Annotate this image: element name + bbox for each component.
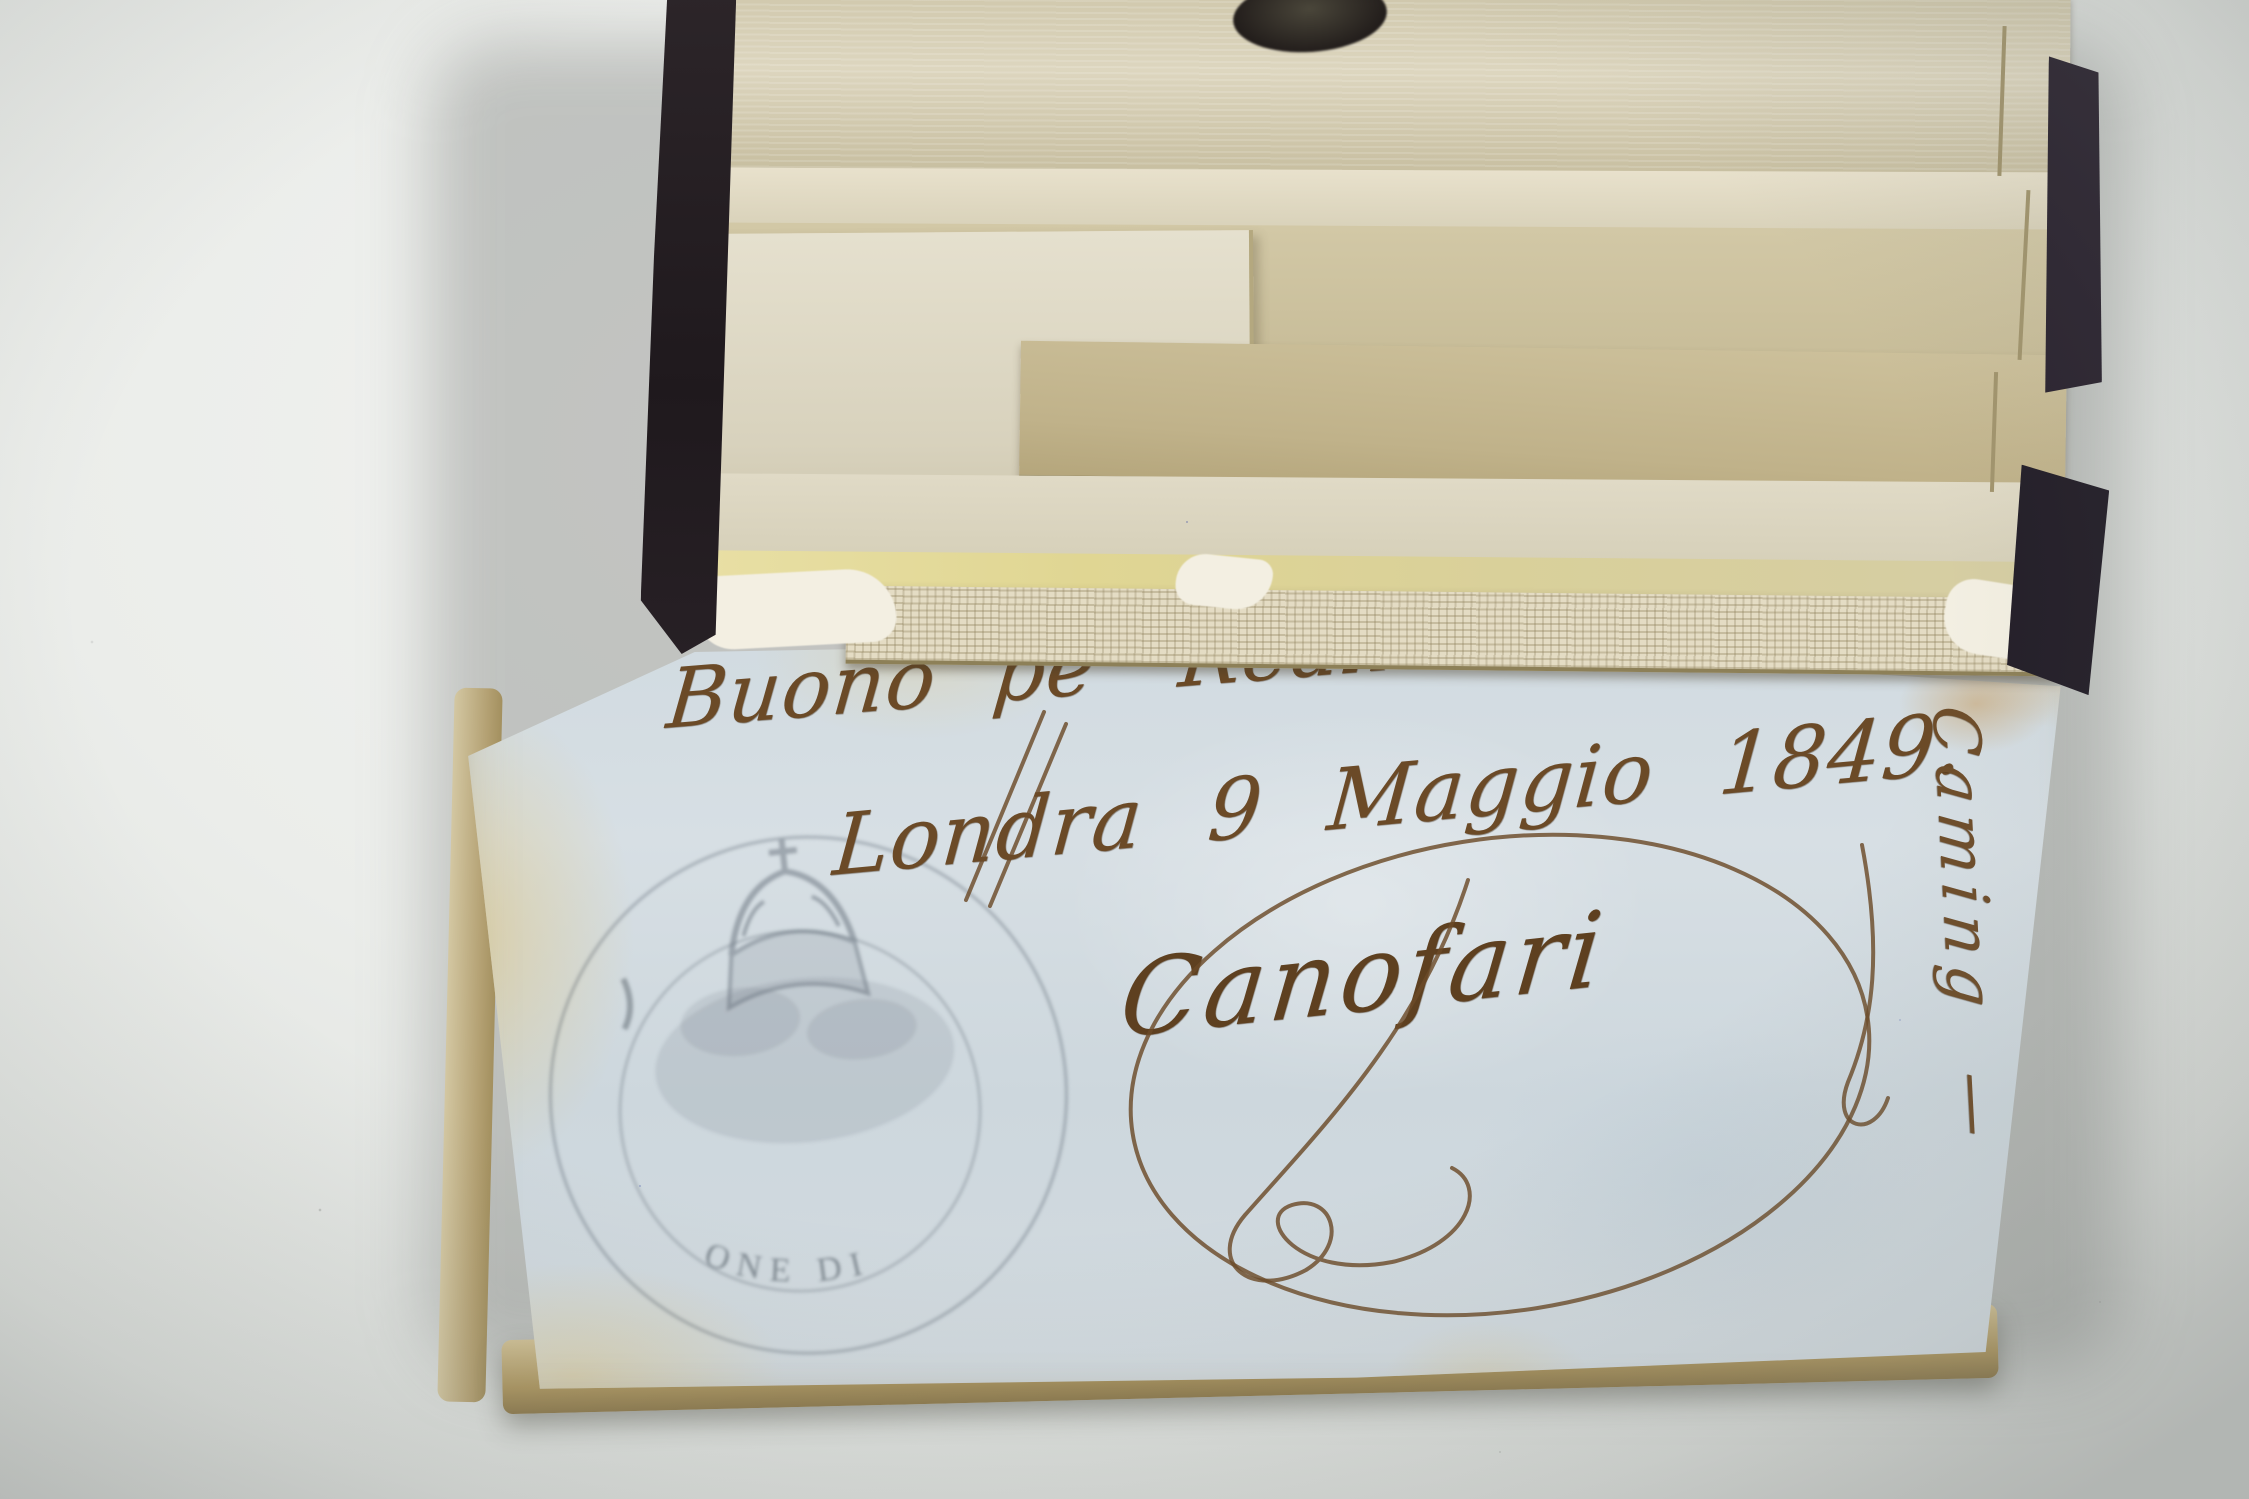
svg-text:ONE DI: ONE DI bbox=[696, 1219, 876, 1301]
folded-paper-layer-4 bbox=[1019, 341, 2067, 493]
stamp-ink-blot bbox=[619, 978, 632, 1029]
photo-scene: ONE DI Legazione d’ S. M. Siciliana N.º„… bbox=[0, 0, 2249, 1499]
binding-mesh bbox=[846, 586, 2059, 677]
stamp-smudges bbox=[647, 963, 962, 1157]
official-stamp: ONE DI bbox=[470, 779, 1149, 1441]
stamp-arc-text: ONE DI bbox=[696, 1219, 876, 1301]
torn-paper-fragment bbox=[694, 567, 898, 651]
